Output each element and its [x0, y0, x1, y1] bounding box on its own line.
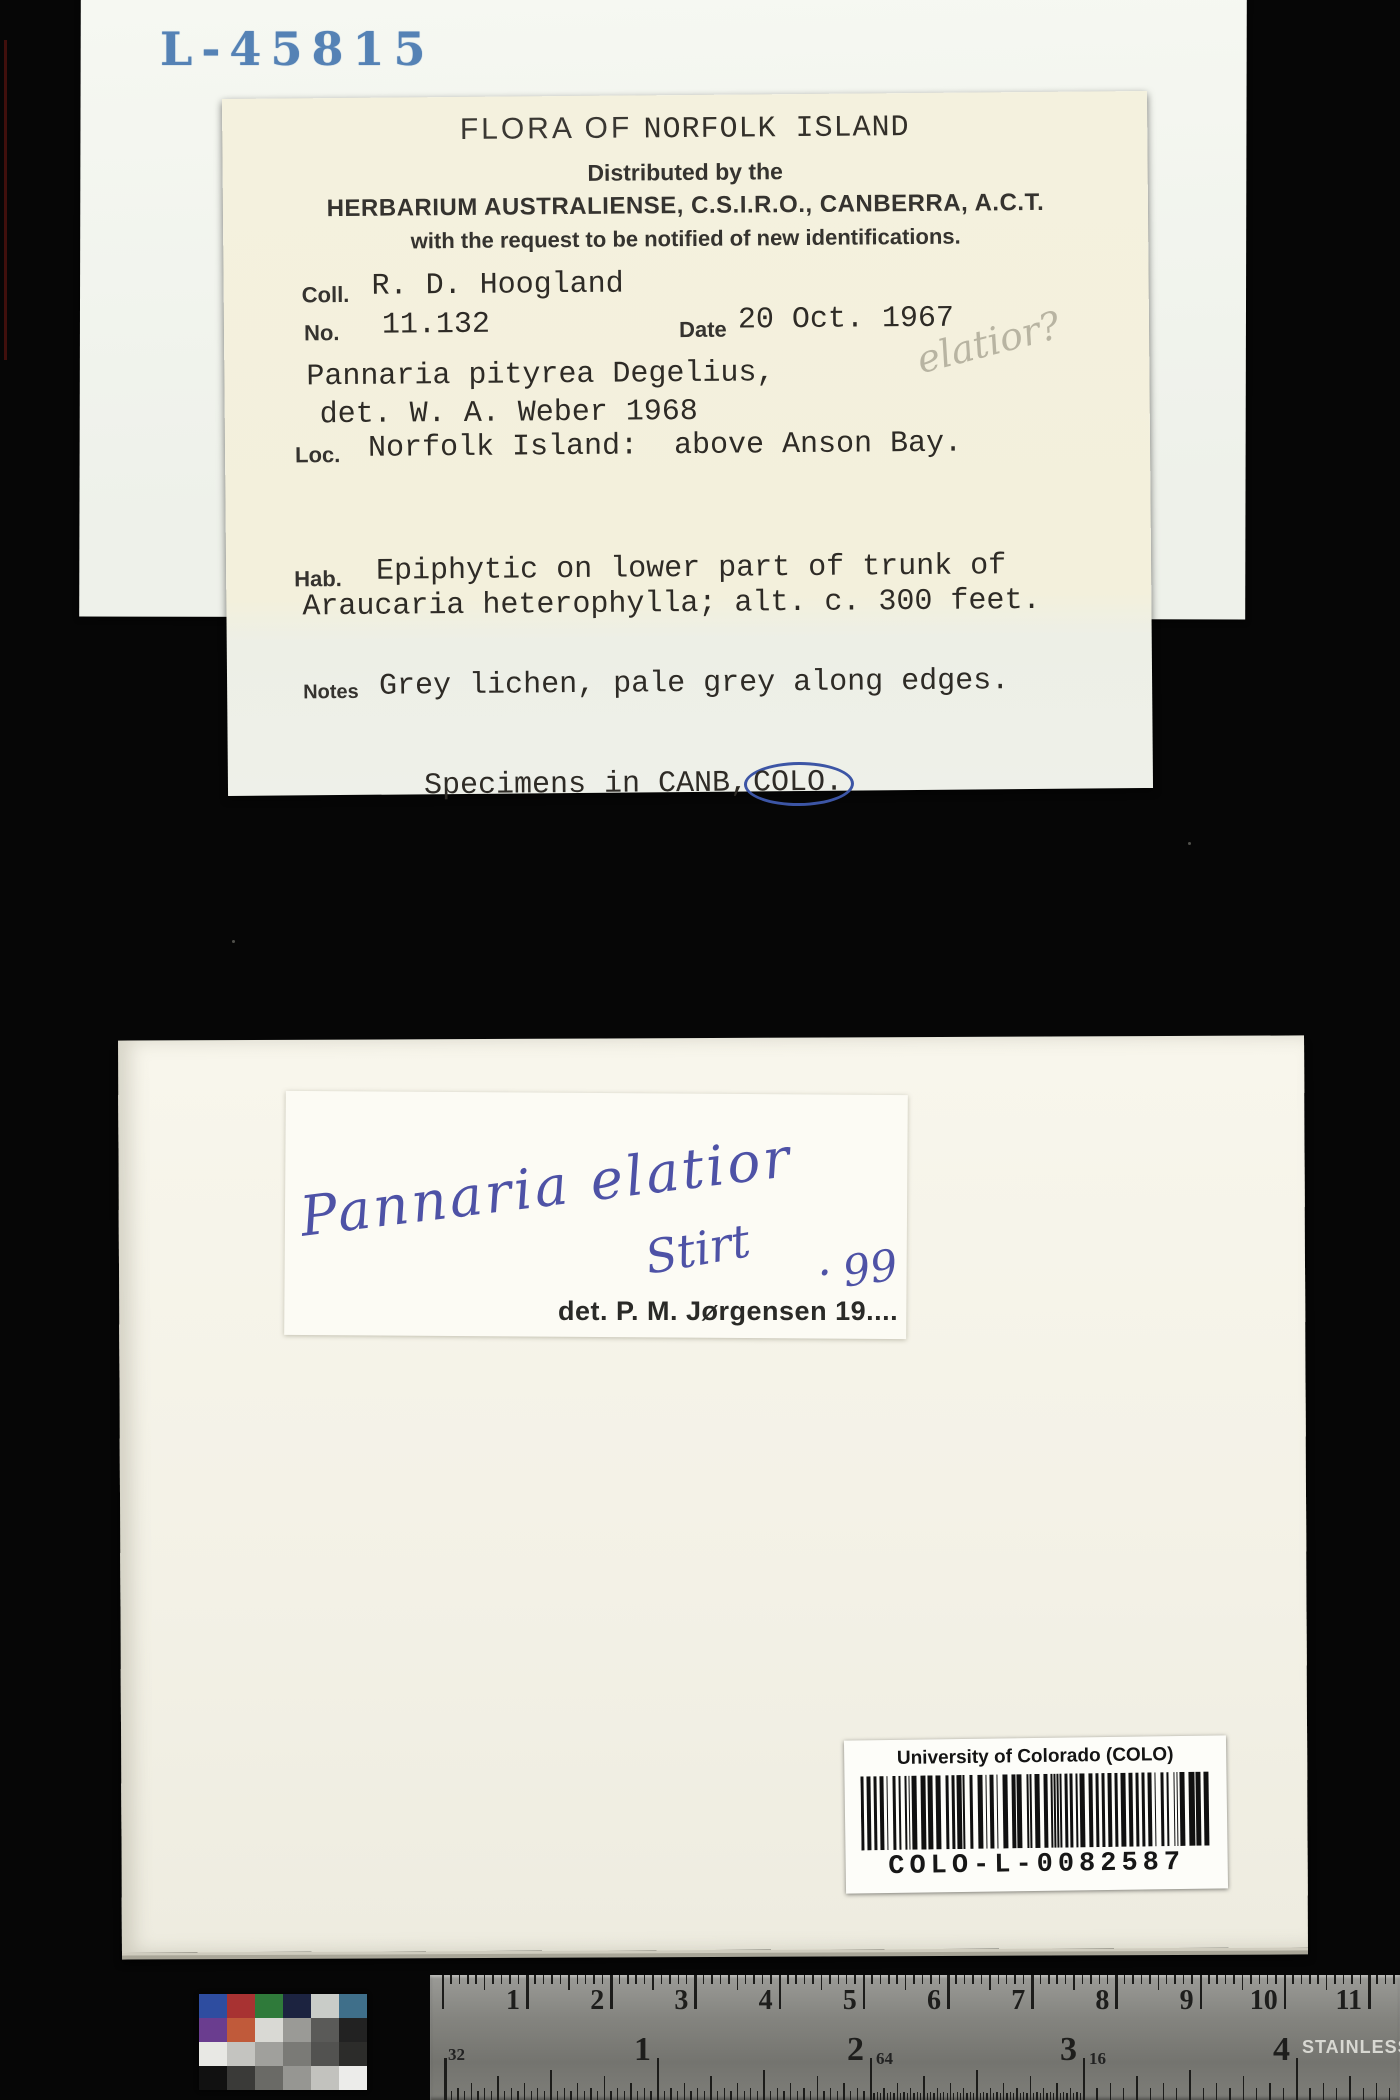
ruler-inch-tick — [1026, 2093, 1027, 2100]
ruler-inch-tick — [517, 2091, 518, 2100]
ruler-fraction-label: 16 — [1089, 2049, 1106, 2069]
ruler-cm-tick — [551, 1975, 553, 1984]
ruler-inch-tick — [750, 2088, 751, 2100]
ruler-cm-tick — [1065, 1975, 1067, 1984]
ruler-inch-tick — [737, 2083, 738, 2100]
ruler-cm-tick — [1031, 1975, 1034, 2009]
ruler-inch-tick — [783, 2091, 784, 2100]
ruler-cm-tick — [854, 1975, 856, 1984]
ruler-inch-tick — [1163, 2083, 1164, 2100]
ruler-cm-tick — [686, 1975, 688, 1984]
ruler-inch-tick — [564, 2088, 565, 2100]
herbarium-specimen-photo: L-45815 FLORA OF NORFOLK ISLAND Distribu… — [0, 0, 1400, 2100]
barcode-bar — [1012, 1774, 1016, 1848]
ruler-inch-tick — [837, 2091, 838, 2100]
ruler-cm-tick — [450, 1975, 452, 1984]
ruler-cm-tick — [577, 1975, 579, 1984]
ruler-cm-tick — [972, 1975, 974, 1984]
ruler-inch-tick — [943, 2092, 944, 2100]
color-patch — [199, 2018, 227, 2042]
ruler-cm-tick — [711, 1975, 713, 1984]
ruler-inch-tick — [1363, 2088, 1364, 2100]
ruler-cm-tick — [509, 1975, 511, 1984]
barcode-bar — [1002, 1774, 1008, 1848]
ruler-inch-tick — [491, 2091, 492, 2100]
ruler-inch-tick — [484, 2088, 485, 2100]
ruler-cm-tick — [669, 1975, 671, 1984]
ruler-cm-tick — [762, 1975, 764, 1984]
ruler-cm-number: 1 — [476, 1985, 520, 2017]
barcode-bar — [1148, 1772, 1152, 1846]
ruler-cm-tick — [644, 1975, 646, 1984]
barcode-bar — [927, 1775, 933, 1849]
ruler-cm-tick — [1225, 1975, 1227, 1984]
color-patch — [199, 2042, 227, 2066]
barcode-bar — [892, 1776, 896, 1850]
ruler-cm-tick — [896, 1975, 898, 1984]
ruler-cm-tick — [501, 1975, 503, 1984]
barcode-bar — [1176, 1772, 1179, 1846]
ruler-inch-tick — [770, 2091, 771, 2100]
ruler-cm-tick — [930, 1975, 932, 1984]
ruler-inch-number: 1 — [607, 2031, 651, 2069]
ruler-inch-tick — [903, 2092, 904, 2100]
ruler-fraction-label: 64 — [876, 2049, 893, 2069]
ruler-inch-tick — [823, 2091, 824, 2100]
color-patch — [227, 2018, 255, 2042]
ruler-inch-tick — [690, 2091, 691, 2100]
ruler-inch-tick — [630, 2083, 631, 2100]
ruler-inch-tick — [976, 2070, 977, 2100]
ruler-inch-tick — [980, 2093, 981, 2100]
ruler-cm-tick — [1385, 1975, 1387, 1984]
ruler-cm-tick — [1174, 1975, 1176, 1984]
ruler-inch-tick — [1000, 2093, 1001, 2100]
ruler-inch-tick — [830, 2088, 831, 2100]
ruler-inch-tick — [544, 2091, 545, 2100]
ruler-cm-number: 5 — [813, 1985, 857, 2017]
ruler-inch-tick — [1070, 2088, 1071, 2100]
ruler-cm-tick — [1393, 1975, 1395, 1984]
ruler-cm-tick — [492, 1975, 494, 1984]
ruler-cm-tick — [518, 1975, 520, 1984]
ruler-cm-tick — [543, 1975, 545, 1984]
ruler-inch-tick — [597, 2091, 598, 2100]
ruler-inch-tick — [1046, 2093, 1047, 2100]
ruler-cm-number: 6 — [897, 1985, 941, 2017]
ruler-cm-tick — [1259, 1975, 1261, 1984]
ruler-inch-tick — [897, 2083, 898, 2100]
ruler-inch-tick — [850, 2091, 851, 2100]
ruler-cm-tick — [1216, 1975, 1218, 1984]
barcode-graphic — [860, 1772, 1211, 1851]
ruler-inch-tick — [890, 2092, 891, 2100]
color-patch — [339, 2066, 367, 2090]
ruler-cm-tick — [1376, 1975, 1378, 1984]
color-patch — [311, 2066, 339, 2090]
ruler-inch-tick — [1216, 2083, 1217, 2100]
ruler-inch-tick — [940, 2093, 941, 2100]
date-value: 20 Oct. 1967 — [738, 302, 954, 338]
ruler-inch-tick — [677, 2091, 678, 2100]
ruler-inch-tick — [1073, 2093, 1074, 2100]
ruler-inch-tick — [910, 2088, 911, 2100]
ruler-inch-tick — [604, 2076, 605, 2100]
ruler-inch-tick — [810, 2091, 811, 2100]
ruler-inch-tick — [1060, 2093, 1061, 2100]
locality-field-label: Loc. — [295, 442, 340, 468]
ruler-cm-tick — [1183, 1975, 1185, 1984]
ruler-inch-tick — [657, 2058, 660, 2100]
ruler-inch-tick — [1063, 2092, 1064, 2100]
ruler-inch-tick — [1136, 2076, 1137, 2100]
notes-field-label: Notes — [303, 681, 359, 704]
collector-field-label: Coll. — [302, 282, 350, 308]
ruler-inch-tick — [953, 2093, 954, 2100]
ruler-cm-tick — [467, 1975, 469, 1984]
barcode-bar — [935, 1775, 941, 1849]
ruler-inch-tick — [870, 2058, 873, 2100]
barcode-bar — [956, 1775, 962, 1849]
colo-circled: COLO. — [744, 762, 854, 807]
barcode-bar — [921, 1776, 927, 1850]
barcode-bar — [1060, 1774, 1063, 1848]
ruler-cm-tick — [585, 1975, 587, 1984]
label-title: FLORA OF NORFOLK ISLAND — [222, 107, 1147, 151]
ruler-inch-tick — [917, 2092, 918, 2100]
ruler-inch-tick — [763, 2070, 764, 2100]
ruler-cm-tick — [1292, 1975, 1294, 1984]
barcode-bar — [1026, 1774, 1029, 1848]
ruler-inch-tick — [1033, 2093, 1034, 2100]
habitat-line-2: Araucaria heterophylla; alt. c. 300 feet… — [302, 584, 1040, 624]
ruler-cm-tick — [913, 1975, 915, 1984]
color-patch — [199, 2066, 227, 2090]
barcode-bar — [911, 1776, 917, 1850]
color-patch — [255, 2042, 283, 2066]
ruler-inch-tick — [966, 2093, 967, 2100]
ruler-cm-tick — [1124, 1975, 1126, 1984]
barcode-bar — [1179, 1772, 1185, 1846]
ruler-inch-tick — [777, 2088, 778, 2100]
ruler-inch-tick — [893, 2093, 894, 2100]
ruler-cm-tick — [593, 1975, 595, 1984]
color-patch — [283, 1994, 311, 2018]
locality-value: Norfolk Island: above Anson Bay. — [368, 427, 962, 466]
ruler-inch-tick — [1036, 2092, 1037, 2100]
ruler-inch-tick — [857, 2088, 858, 2100]
ruler-cm-tick — [1149, 1975, 1151, 1984]
barcode-bar — [990, 1775, 994, 1849]
barcode-bar — [1030, 1774, 1033, 1848]
ruler-inch-tick — [1066, 2093, 1067, 2100]
ruler-inch-tick — [464, 2091, 465, 2100]
ruler-cm-tick — [1250, 1975, 1252, 1984]
ruler-cm-tick — [838, 1975, 840, 1984]
ruler-cm-tick — [804, 1975, 806, 1984]
ruler-inch-tick — [1203, 2088, 1204, 2100]
barcode-bar — [963, 1775, 966, 1849]
ruler-inch-tick — [1053, 2093, 1054, 2100]
ruler-inch-tick — [704, 2091, 705, 2100]
ruler-inch-tick — [1016, 2088, 1017, 2100]
photo-edge-artifact — [4, 40, 7, 360]
specimens-line: Specimens in CANB,COLO. — [316, 732, 855, 839]
ruler-inch-tick — [504, 2091, 505, 2100]
ruler-cm-number: 11 — [1318, 1985, 1362, 2017]
barcode-bar — [1160, 1772, 1164, 1846]
color-patch — [311, 2042, 339, 2066]
ruler-inch-tick — [1083, 2058, 1086, 2100]
label-title-main: NORFOLK ISLAND — [643, 111, 909, 147]
ruler-inch-tick — [710, 2076, 711, 2100]
ruler-cm-tick — [955, 1975, 957, 1984]
specimens-prefix: Specimens in CANB, — [424, 766, 748, 803]
ruler-inch-tick — [1010, 2092, 1011, 2100]
barcode-bar — [1204, 1772, 1210, 1846]
barcode-bar — [969, 1775, 973, 1849]
ruler-cm-tick — [1090, 1975, 1092, 1984]
ruler-fraction-label: 32 — [448, 2045, 465, 2065]
ruler-cm-tick — [998, 1975, 1000, 1984]
ruler-cm-tick — [1023, 1975, 1025, 1984]
ruler-inch-tick — [524, 2083, 525, 2100]
dust-speck — [232, 940, 235, 943]
ruler-inch-tick — [451, 2091, 452, 2100]
ruler-inch-number: 3 — [1033, 2031, 1077, 2069]
ruler-inch-tick — [730, 2091, 731, 2100]
ruler-inch-tick — [1349, 2076, 1350, 2100]
ruler-inch-tick — [684, 2083, 685, 2100]
ruler-inch-tick — [937, 2088, 938, 2100]
color-patch — [227, 2042, 255, 2066]
ruler-cm-tick — [720, 1975, 722, 1984]
ruler-inch-tick — [1050, 2092, 1051, 2100]
barcode-bar — [996, 1775, 999, 1849]
color-calibration-chart — [199, 1994, 367, 2090]
ruler-inch-tick — [757, 2091, 758, 2100]
collection-number-value: 11.132 — [382, 308, 490, 343]
habitat-line-1: Epiphytic on lower part of trunk of — [376, 549, 1006, 588]
ruler-inch-tick — [644, 2088, 645, 2100]
ruler-inch-tick — [724, 2088, 725, 2100]
color-patch — [311, 1994, 339, 2018]
ruler-inch-tick — [1096, 2088, 1097, 2100]
ruler-inch-number: 4 — [1246, 2031, 1290, 2069]
ruler-cm-tick — [694, 1975, 697, 2009]
ruler-inch-tick — [863, 2091, 864, 2100]
ruler-inch-tick — [930, 2092, 931, 2100]
ruler-inch-tick — [744, 2091, 745, 2100]
barcode-bar — [873, 1776, 877, 1850]
ruler-cm-tick — [1166, 1975, 1168, 1984]
ruler-cm-tick — [1107, 1975, 1109, 1984]
ruler-inch-tick — [471, 2083, 472, 2100]
ruler-cm-number: 4 — [729, 1985, 773, 2017]
ruler-inch-tick — [1229, 2088, 1230, 2100]
species-determination: Pannaria pityrea Degelius, — [306, 356, 774, 394]
ruler-cm-tick — [1351, 1975, 1353, 1984]
ruler-inch-tick — [537, 2088, 538, 2100]
ruler-inch-tick — [717, 2091, 718, 2100]
ruler-cm-tick — [661, 1975, 663, 1984]
ruler-inch-tick — [637, 2091, 638, 2100]
ruler-inch-tick — [1336, 2088, 1337, 2100]
institution-name: University of Colorado (COLO) — [844, 1743, 1226, 1770]
ruler-cm-tick — [888, 1975, 890, 1984]
ruler-inch-tick — [907, 2093, 908, 2100]
ruler-cm-tick — [779, 1975, 782, 2009]
specimen-label: FLORA OF NORFOLK ISLAND Distributed by t… — [222, 91, 1153, 796]
ruler-cm-tick — [1360, 1975, 1362, 1984]
ruler-cm-tick — [1006, 1975, 1008, 1984]
ruler-cm-tick — [526, 1975, 529, 2009]
ruler-inch-tick — [511, 2088, 512, 2100]
habitat-field-label: Hab. — [294, 566, 342, 592]
ruler-inch-tick — [1043, 2088, 1044, 2100]
ruler-cm-tick — [1208, 1975, 1210, 1984]
color-patch — [339, 2042, 367, 2066]
ruler-cm-tick — [1132, 1975, 1134, 1984]
ruler-cm-number: 3 — [644, 1985, 688, 2017]
ruler-inch-tick — [973, 2093, 974, 2100]
ruler-inch-tick — [1023, 2092, 1024, 2100]
color-patch — [255, 1994, 283, 2018]
barcode-bar — [1121, 1773, 1127, 1847]
ruler-cm-tick — [880, 1975, 882, 1984]
ruler-inch-tick — [1376, 2083, 1377, 2100]
ruler-cm-tick — [678, 1975, 680, 1984]
ruler-cm-tick — [627, 1975, 629, 1984]
ruler-cm-tick — [947, 1975, 950, 2009]
ruler-cm-tick — [728, 1975, 730, 1984]
ruler-cm-tick — [442, 1975, 445, 2009]
ruler-inch-tick — [797, 2091, 798, 2100]
ruler-cm-tick — [795, 1975, 797, 1984]
distributed-line-1: Distributed by the — [223, 155, 1148, 190]
ruler-inch-tick — [1040, 2093, 1041, 2100]
ruler-inch-tick — [803, 2088, 804, 2100]
barcode-bar — [1044, 1774, 1048, 1848]
ruler-inch-tick — [1176, 2088, 1177, 2100]
ruler-inch-tick — [1006, 2093, 1007, 2100]
color-patch — [283, 2066, 311, 2090]
color-patch — [255, 2066, 283, 2090]
ruler-cm-tick — [1115, 1975, 1118, 2009]
ruler-inch-tick — [990, 2088, 991, 2100]
ruler-cm-tick — [1301, 1975, 1303, 1984]
ruler-inch-tick — [817, 2076, 818, 2100]
ruler-cm-tick — [829, 1975, 831, 1984]
ruler-inch-tick — [577, 2083, 578, 2100]
ruler-inch-tick — [1013, 2093, 1014, 2100]
ruler-cm-tick — [1309, 1975, 1311, 1984]
ruler-inch-tick — [873, 2093, 874, 2100]
label-title-prefix: FLORA OF — [460, 111, 644, 146]
collector-value: R. D. Hoogland — [371, 268, 623, 304]
ruler-cm-number: 10 — [1234, 1985, 1278, 2017]
date-field-label: Date — [679, 317, 727, 343]
ruler-inch-tick — [1243, 2076, 1244, 2100]
ruler-inch-tick — [927, 2093, 928, 2100]
barcode-bar — [860, 1776, 864, 1850]
color-patch — [255, 2018, 283, 2042]
barcode-bar — [1101, 1773, 1105, 1847]
barcode-bar — [1135, 1773, 1139, 1847]
ruler-cm-tick — [1284, 1975, 1287, 2009]
ruler-inch-tick — [877, 2092, 878, 2100]
ruler-cm-tick — [939, 1975, 941, 1984]
barcode-bar — [985, 1775, 988, 1849]
barcode-bar — [1108, 1773, 1112, 1847]
ruler-inch-tick — [1030, 2076, 1031, 2100]
barcode-bar — [1017, 1774, 1023, 1848]
ruler-cm-tick — [1141, 1975, 1143, 1984]
ruler-cm-tick — [812, 1975, 814, 1984]
handwritten-year: 99 — [840, 1240, 901, 1297]
ruler-cm-tick — [459, 1975, 461, 1984]
barcode-bar — [908, 1776, 911, 1850]
barcode-bar — [1195, 1772, 1201, 1846]
ruler-inch-tick — [983, 2092, 984, 2100]
color-patch — [283, 2042, 311, 2066]
ruler-cm-tick — [1200, 1975, 1203, 2009]
ruler-inch-tick — [1003, 2083, 1004, 2100]
ruler-cm-tick — [846, 1975, 848, 1984]
ruler-inch-tick — [913, 2093, 914, 2100]
ruler-cm-tick — [1233, 1975, 1235, 1984]
ruler-inch-tick — [570, 2091, 571, 2100]
dust-speck — [1188, 842, 1191, 845]
color-patch — [339, 1994, 367, 2018]
ruler-cm-tick — [863, 1975, 866, 2009]
ruler-inch-tick — [1110, 2083, 1111, 2100]
ruler-cm-tick — [1317, 1975, 1319, 1984]
number-field-label: No. — [304, 320, 340, 346]
color-patch — [283, 2018, 311, 2042]
barcode-bar — [1057, 1774, 1060, 1848]
ruler-inch-tick — [790, 2083, 791, 2100]
barcode-bar — [951, 1775, 955, 1849]
ruler-cm-tick — [1048, 1975, 1050, 1984]
determiner-line: det. W. A. Weber 1968 — [320, 395, 698, 432]
barcode-bar — [1065, 1774, 1069, 1848]
ruler-inch-tick — [880, 2093, 881, 2100]
ruler-inch-tick — [617, 2088, 618, 2100]
ruler-inch-tick — [590, 2088, 591, 2100]
ruler-cm-tick — [703, 1975, 705, 1984]
barcode-bar — [1069, 1773, 1073, 1847]
ruler-inch-tick — [650, 2091, 651, 2100]
ruler-cm-tick — [602, 1975, 604, 1984]
ruler-inch-tick — [497, 2076, 498, 2100]
barcode-bar — [1129, 1773, 1133, 1847]
ruler-inch-tick — [933, 2093, 934, 2100]
barcode-bar — [867, 1776, 871, 1850]
ruler-inch-tick — [697, 2088, 698, 2100]
barcode-bar — [905, 1776, 908, 1850]
ruler-cm-number: 7 — [981, 1985, 1025, 2017]
ruler-inch-tick — [1150, 2088, 1151, 2100]
ruler-inch-tick — [883, 2088, 884, 2100]
ruler-inch-tick — [1296, 2058, 1299, 2100]
ruler-inch-tick — [670, 2088, 671, 2100]
barcode-bar — [1076, 1773, 1079, 1847]
ruler-inch-tick — [993, 2093, 994, 2100]
notes-value: Grey lichen, pale grey along edges. — [379, 664, 1009, 703]
ruler-inch-tick — [920, 2093, 921, 2100]
ruler-inch-tick — [843, 2083, 844, 2100]
